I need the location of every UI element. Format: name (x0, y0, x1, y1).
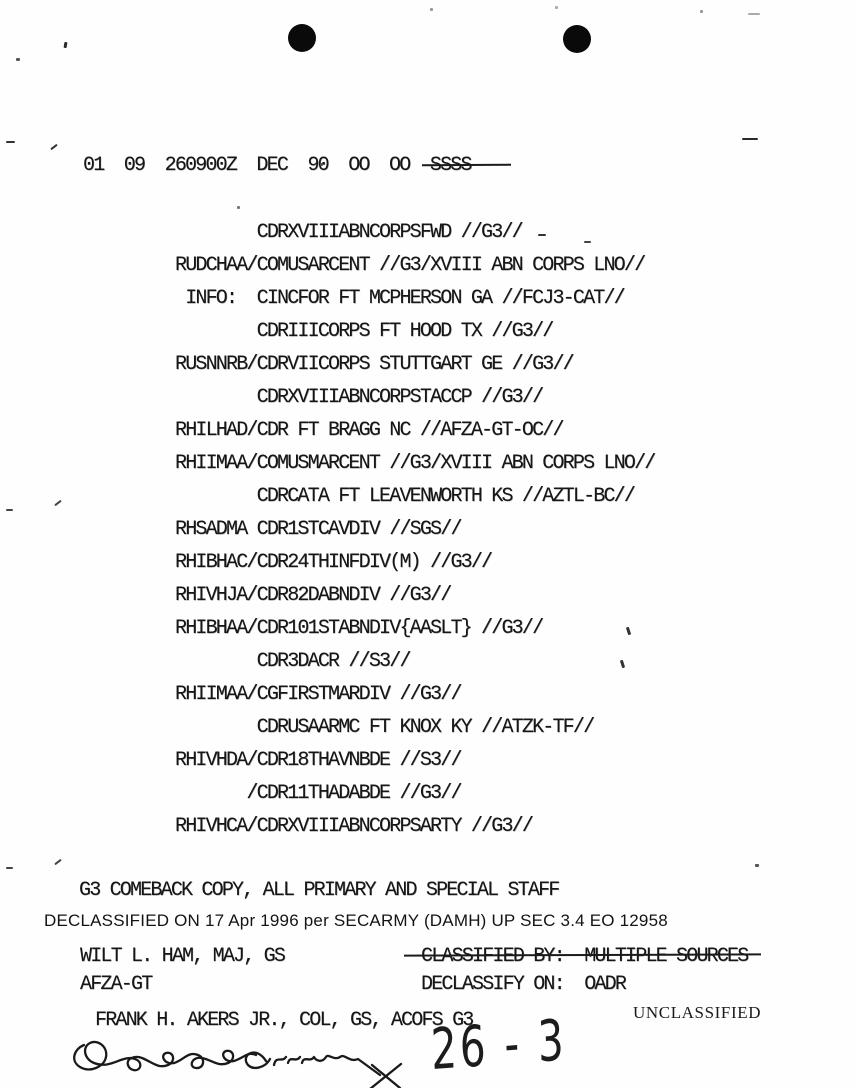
routing-line: RHIBHAA/CDR101STABNDIV{AASLT} //G3// (175, 612, 655, 645)
noise-speck (320, 163, 323, 166)
routing-line: RUSNNRB/CDRVIICORPS STUTTGART GE //G3// (175, 348, 655, 381)
hole-punch-left (288, 24, 316, 52)
routing-line: RHIVHJA/CDR82DABNDIV //G3// (175, 579, 655, 612)
noise-speck (584, 241, 591, 243)
routing-line: /CDR11THADABDE //G3// (175, 777, 655, 810)
routing-line: INFO: CINCFOR FT MCPHERSON GA //FCJ3-CAT… (175, 282, 655, 315)
noise-speck (755, 864, 759, 867)
office-symbol: AFZA-GT (80, 975, 151, 995)
noise-speck (54, 859, 62, 866)
routing-line: RHILHAD/CDR FT BRAGG NC //AFZA-GT-OC// (175, 414, 655, 447)
routing-line: RUDCHAA/COMUSARCENT //G3/XVIII ABN CORPS… (175, 249, 655, 282)
struck-classified-by-text: CLASSIFIED BY: MULTIPLE SOURCES (421, 947, 747, 967)
noise-speck (6, 867, 13, 869)
noise-speck (16, 58, 20, 61)
routing-line: CDRCATA FT LEAVENWORTH KS //AZTL-BC// (175, 480, 655, 513)
noise-speck (555, 6, 558, 9)
struck-classification-code: SSSS (430, 156, 471, 176)
noise-speck (6, 141, 15, 143)
drafter-name: WILT L. HAM, MAJ, GS (80, 947, 284, 967)
routing-line: RHIBHAC/CDR24THINFDIV(M) //G3// (175, 546, 655, 579)
releaser-name: FRANK H. AKERS JR., COL, GS, ACOFS G3 (95, 1011, 472, 1031)
scanned-message-page: 01 09 260900Z DEC 90 OO OO SSSS CDRXVIII… (0, 0, 856, 1088)
routing-line: RHIVHDA/CDR18THAVNBDE //S3// (175, 744, 655, 777)
routing-line: RHIVHCA/CDRXVIIIABNCORPSARTY //G3// (175, 810, 655, 843)
routing-line: CDRUSAARMC FT KNOX KY //ATZK-TF// (175, 711, 655, 744)
unclassified-stamp: UNCLASSIFIED (633, 1004, 761, 1021)
noise-speck (50, 144, 58, 151)
classified-by-line: CLASSIFIED BY: MULTIPLE SOURCES (421, 947, 747, 967)
message-header-line: 01 09 260900Z DEC 90 OO OO SSSS (83, 156, 471, 176)
routing-line: RHSADMA CDR1STCAVDIV //SGS// (175, 513, 655, 546)
declassified-stamp: DECLASSIFIED ON 17 Apr 1996 per SECARMY … (44, 912, 668, 929)
routing-line: RHIIMAA/COMUSMARCENT //G3/XVIII ABN CORP… (175, 447, 655, 480)
signature (70, 1031, 420, 1088)
routing-line: CDRXVIIIABNCORPSFWD //G3// (175, 216, 655, 249)
routing-address-block: CDRXVIIIABNCORPSFWD //G3// RUDCHAA/COMUS… (175, 216, 655, 843)
noise-speck (742, 138, 758, 140)
comeback-copy-note: G3 COMEBACK COPY, ALL PRIMARY AND SPECIA… (79, 881, 559, 901)
handwritten-number: 26 - 3 (430, 1012, 568, 1079)
header-dtg-text: 01 09 260900Z DEC 90 OO OO (83, 154, 430, 177)
routing-line: CDRIIICORPS FT HOOD TX //G3// (175, 315, 655, 348)
noise-speck (54, 500, 62, 507)
noise-speck (64, 42, 68, 48)
routing-line: CDR3DACR //S3// (175, 645, 655, 678)
noise-speck (237, 206, 240, 209)
noise-speck (748, 13, 760, 15)
routing-line: CDRXVIIIABNCORPSTACCP //G3// (175, 381, 655, 414)
noise-speck (700, 10, 703, 13)
routing-line: RHIIMAA/CGFIRSTMARDIV //G3// (175, 678, 655, 711)
hole-punch-right (563, 25, 591, 53)
noise-speck (6, 509, 13, 511)
noise-speck (538, 234, 546, 236)
declassify-on-line: DECLASSIFY ON: OADR (421, 975, 625, 995)
noise-speck (430, 8, 433, 11)
